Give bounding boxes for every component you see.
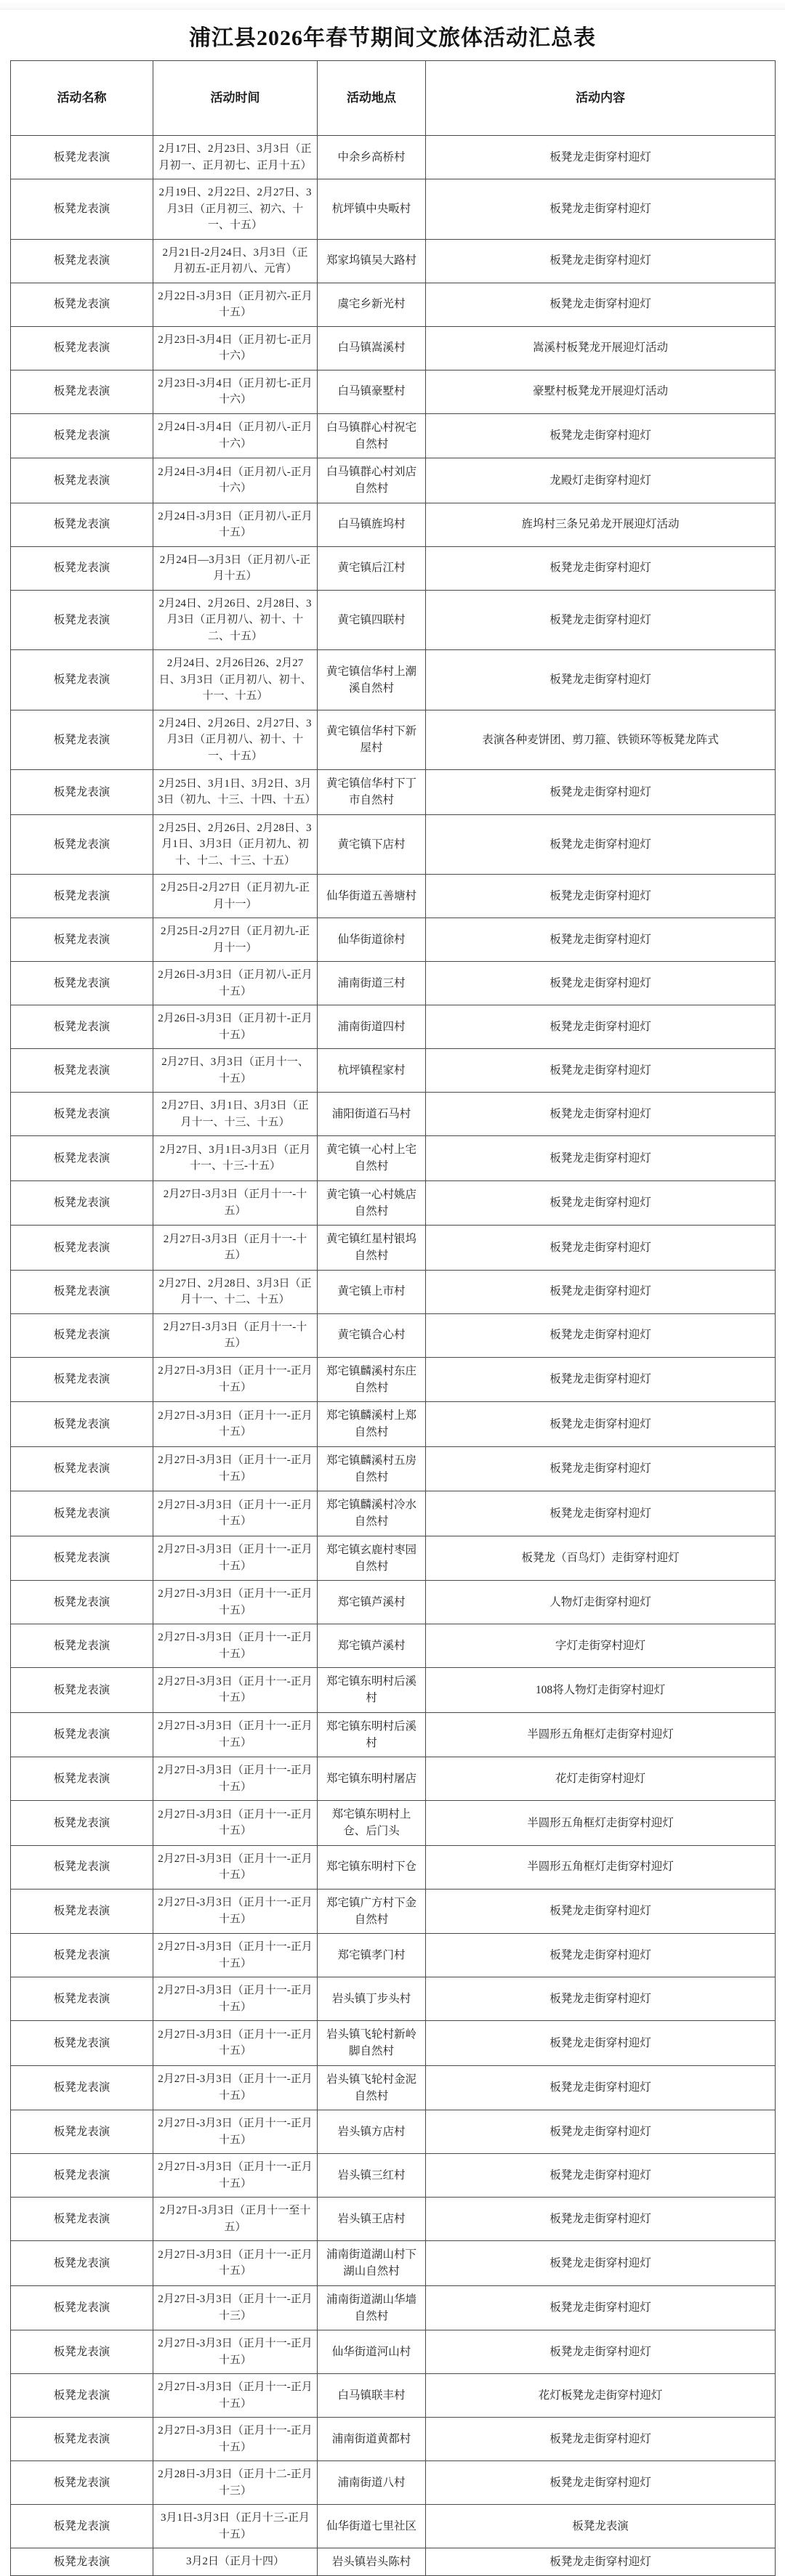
activity-name-cell: 板凳龙表演 — [11, 1668, 153, 1713]
activity-time-cell: 2月24日、2月26日26、2月27日、3月3日（正月初八、初十、十一、十五） — [153, 650, 318, 710]
activity-content-cell: 板凳龙走街穿村迎灯 — [426, 239, 776, 283]
activity-content-cell: 板凳龙走街穿村迎灯 — [426, 136, 776, 179]
table-row: 板凳龙表演2月26日-3月3日（正月初十-正月十五）浦南街道四村板凳龙走街穿村迎… — [11, 1005, 776, 1049]
activity-location-cell: 岩头镇王店村 — [318, 2198, 426, 2241]
activity-time-cell: 2月23日-3月4日（正月初七-正月十六） — [153, 326, 318, 370]
activity-name-cell: 板凳龙表演 — [11, 1180, 153, 1226]
activity-name-cell: 板凳龙表演 — [11, 413, 153, 458]
activity-content-cell: 板凳龙走街穿村迎灯 — [426, 1977, 776, 2021]
table-row: 板凳龙表演2月27日-3月3日（正月十一-正月十五）郑宅镇东明村上仓、后门头半圆… — [11, 1801, 776, 1846]
header-activity-name: 活动名称 — [11, 61, 153, 136]
activity-content-cell: 板凳龙走街穿村迎灯 — [426, 1357, 776, 1402]
activity-name-cell: 板凳龙表演 — [11, 2461, 153, 2505]
activity-location-cell: 岩头镇方店村 — [318, 2110, 426, 2154]
activity-time-cell: 2月27日-3月3日（正月十一-正月十五） — [153, 1668, 318, 1713]
table-row: 板凳龙表演2月25日-2月27日（正月初九-正月十一）仙华街道徐村板凳龙走街穿村… — [11, 918, 776, 962]
activity-time-cell: 2月27日-3月3日（正月十一-十五） — [153, 1313, 318, 1357]
activity-content-cell: 板凳龙走街穿村迎灯 — [426, 2330, 776, 2374]
activity-location-cell: 郑宅镇东明村屠店 — [318, 1757, 426, 1801]
table-row: 板凳龙表演2月27日-3月3日（正月十一-正月十五）仙华街道河山村板凳龙走街穿村… — [11, 2330, 776, 2374]
activity-time-cell: 2月27日-3月3日（正月十一-正月十五） — [153, 2330, 318, 2374]
activity-content-cell: 板凳龙走街穿村迎灯 — [426, 1136, 776, 1181]
activity-content-cell: 板凳龙走街穿村迎灯 — [426, 1005, 776, 1049]
activity-content-cell: 板凳龙（百鸟灯）走街穿村迎灯 — [426, 1536, 776, 1581]
activity-content-cell: 板凳龙走街穿村迎灯 — [426, 1049, 776, 1093]
activity-name-cell: 板凳龙表演 — [11, 136, 153, 179]
activity-location-cell: 白马镇嵩溪村 — [318, 326, 426, 370]
table-row: 板凳龙表演3月1日-3月3日（正月十三-正月十五）仙华街道七里社区板凳龙表演 — [11, 2505, 776, 2548]
activity-location-cell: 黄宅镇下店村 — [318, 814, 426, 875]
activity-location-cell: 郑宅镇麟溪村上郑自然村 — [318, 1402, 426, 1447]
activity-time-cell: 2月25日、2月26日、2月28日、3月1日、3月3日（正月初九、初十、十二、十… — [153, 814, 318, 875]
activity-summary-table: 活动名称 活动时间 活动地点 活动内容 板凳龙表演2月17日、2月23日、3月3… — [10, 60, 776, 2576]
activity-content-cell: 花灯走街穿村迎灯 — [426, 1757, 776, 1801]
table-body: 板凳龙表演2月17日、2月23日、3月3日（正月初一、正月初七、正月十五）中余乡… — [11, 136, 776, 2576]
activity-name-cell: 板凳龙表演 — [11, 2285, 153, 2330]
table-row: 板凳龙表演2月27日-3月3日（正月十一-正月十三）浦南街道湖山华墙自然村板凳龙… — [11, 2285, 776, 2330]
activity-time-cell: 2月27日-3月3日（正月十一-正月十三） — [153, 2285, 318, 2330]
activity-location-cell: 岩头镇飞轮村金泥自然村 — [318, 2065, 426, 2110]
activity-time-cell: 2月24日—3月3日（正月初八-正月十五） — [153, 546, 318, 590]
table-row: 板凳龙表演2月27日-3月3日（正月十一-十五）黄宅镇合心村板凳龙走街穿村迎灯 — [11, 1313, 776, 1357]
activity-location-cell: 郑宅镇芦溪村 — [318, 1624, 426, 1668]
activity-name-cell: 板凳龙表演 — [11, 1005, 153, 1049]
activity-time-cell: 2月25日-2月27日（正月初九-正月十一） — [153, 918, 318, 962]
activity-content-cell: 板凳龙走街穿村迎灯 — [426, 2285, 776, 2330]
activity-location-cell: 黄宅镇信华村下丁市自然村 — [318, 770, 426, 815]
activity-content-cell: 板凳龙走街穿村迎灯 — [426, 1446, 776, 1491]
activity-name-cell: 板凳龙表演 — [11, 2198, 153, 2241]
activity-time-cell: 2月24日、2月26日、2月27日、3月3日（正月初八、初十、十一、十五） — [153, 710, 318, 770]
activity-time-cell: 2月21日-2月24日、3月3日（正月初五-正月初八、元宵） — [153, 239, 318, 283]
activity-location-cell: 中余乡高桥村 — [318, 136, 426, 179]
activity-time-cell: 2月27日-3月3日（正月十一-正月十五） — [153, 1581, 318, 1624]
activity-time-cell: 2月27日-3月3日（正月十一-十五） — [153, 1226, 318, 1271]
activity-name-cell: 板凳龙表演 — [11, 1049, 153, 1093]
activity-name-cell: 板凳龙表演 — [11, 2154, 153, 2198]
activity-time-cell: 2月26日-3月3日（正月初八-正月十五） — [153, 962, 318, 1005]
activity-time-cell: 3月1日-3月3日（正月十三-正月十五） — [153, 2505, 318, 2548]
table-row: 板凳龙表演2月27日-3月3日（正月十一-十五）黄宅镇红星村银坞自然村板凳龙走街… — [11, 1226, 776, 1271]
activity-name-cell: 板凳龙表演 — [11, 1491, 153, 1536]
activity-name-cell: 板凳龙表演 — [11, 1536, 153, 1581]
table-row: 板凳龙表演2月24日-3月4日（正月初八-正月十六）白马镇群心村刘店自然村龙殿灯… — [11, 458, 776, 503]
activity-time-cell: 2月27日-3月3日（正月十一-正月十五） — [153, 1977, 318, 2021]
activity-time-cell: 2月27日-3月3日（正月十一-正月十五） — [153, 2241, 318, 2286]
table-row: 板凳龙表演2月24日、2月26日26、2月27日、3月3日（正月初八、初十、十一… — [11, 650, 776, 710]
activity-name-cell: 板凳龙表演 — [11, 1136, 153, 1181]
document-page: 浦江县2026年春节期间文旅体活动汇总表 活动名称 活动时间 活动地点 活动内容… — [0, 0, 785, 2576]
activity-time-cell: 2月27日、3月1日、3月3日（正月十一、十三、十五） — [153, 1093, 318, 1136]
activity-content-cell: 板凳龙走街穿村迎灯 — [426, 814, 776, 875]
activity-name-cell: 板凳龙表演 — [11, 814, 153, 875]
activity-name-cell: 板凳龙表演 — [11, 2374, 153, 2418]
activity-location-cell: 黄宅镇合心村 — [318, 1313, 426, 1357]
activity-name-cell: 板凳龙表演 — [11, 962, 153, 1005]
activity-location-cell: 郑宅镇广方村下金自然村 — [318, 1889, 426, 1934]
activity-content-cell: 板凳龙走街穿村迎灯 — [426, 1889, 776, 1934]
activity-name-cell: 板凳龙表演 — [11, 2241, 153, 2286]
activity-name-cell: 板凳龙表演 — [11, 590, 153, 650]
activity-location-cell: 郑宅镇麟溪村冷水自然村 — [318, 1491, 426, 1536]
activity-name-cell: 板凳龙表演 — [11, 1270, 153, 1313]
activity-location-cell: 黄宅镇后江村 — [318, 546, 426, 590]
activity-name-cell: 板凳龙表演 — [11, 770, 153, 815]
activity-name-cell: 板凳龙表演 — [11, 710, 153, 770]
activity-content-cell: 板凳龙走街穿村迎灯 — [426, 2241, 776, 2286]
activity-location-cell: 仙华街道七里社区 — [318, 2505, 426, 2548]
activity-name-cell: 板凳龙表演 — [11, 2021, 153, 2066]
activity-content-cell: 字灯走街穿村迎灯 — [426, 1624, 776, 1668]
table-row: 板凳龙表演2月27日-3月3日（正月十一-正月十五）岩头镇方店村板凳龙走街穿村迎… — [11, 2110, 776, 2154]
table-row: 板凳龙表演2月27日-3月3日（正月十一-正月十五）郑宅镇麟溪村东庄自然村板凳龙… — [11, 1357, 776, 1402]
activity-content-cell: 旌坞村三条兄弟龙开展迎灯活动 — [426, 503, 776, 546]
activity-content-cell: 板凳龙走街穿村迎灯 — [426, 1226, 776, 1271]
activity-time-cell: 2月27日、2月28日、3月3日（正月十一、十二、十五） — [153, 1270, 318, 1313]
activity-time-cell: 2月25日-2月27日（正月初九-正月十一） — [153, 875, 318, 918]
table-row: 板凳龙表演2月22日-3月3日（正月初六-正月十五）虞宅乡新光村板凳龙走街穿村迎… — [11, 283, 776, 326]
table-row: 板凳龙表演2月27日、3月3日（正月十一、十五）杭坪镇程家村板凳龙走街穿村迎灯 — [11, 1049, 776, 1093]
activity-location-cell: 白马镇旌坞村 — [318, 503, 426, 546]
table-row: 板凳龙表演2月27日、2月28日、3月3日（正月十一、十二、十五）黄宅镇上市村板… — [11, 1270, 776, 1313]
activity-time-cell: 2月27日-3月3日（正月十一-正月十五） — [153, 2374, 318, 2418]
activity-content-cell: 龙殿灯走街穿村迎灯 — [426, 458, 776, 503]
activity-content-cell: 板凳龙走街穿村迎灯 — [426, 1093, 776, 1136]
activity-location-cell: 岩头镇三红村 — [318, 2154, 426, 2198]
table-row: 板凳龙表演2月27日-3月3日（正月十一-正月十五）郑宅镇东明村下仓半圆形五角框… — [11, 1845, 776, 1889]
table-row: 板凳龙表演2月21日-2月24日、3月3日（正月初五-正月初八、元宵）郑家坞镇吴… — [11, 239, 776, 283]
activity-name-cell: 板凳龙表演 — [11, 503, 153, 546]
activity-name-cell: 板凳龙表演 — [11, 370, 153, 413]
activity-location-cell: 浦南街道三村 — [318, 962, 426, 1005]
activity-time-cell: 2月27日-3月3日（正月十一-正月十五） — [153, 1402, 318, 1447]
activity-content-cell: 板凳龙走街穿村迎灯 — [426, 1934, 776, 1977]
page-title: 浦江县2026年春节期间文旅体活动汇总表 — [0, 20, 785, 52]
table-row: 板凳龙表演2月25日、2月26日、2月28日、3月1日、3月3日（正月初九、初十… — [11, 814, 776, 875]
activity-content-cell: 板凳龙走街穿村迎灯 — [426, 962, 776, 1005]
activity-location-cell: 浦南街道八村 — [318, 2461, 426, 2505]
header-activity-time: 活动时间 — [153, 61, 318, 136]
table-row: 板凳龙表演2月27日、3月1日、3月3日（正月十一、十三、十五）浦阳街道石马村板… — [11, 1093, 776, 1136]
table-row: 板凳龙表演2月24日、2月26日、2月27日、3月3日（正月初八、初十、十一、十… — [11, 710, 776, 770]
activity-name-cell: 板凳龙表演 — [11, 2505, 153, 2548]
activity-location-cell: 黄宅镇一心村姚店自然村 — [318, 1180, 426, 1226]
activity-time-cell: 2月27日-3月3日（正月十一-正月十五） — [153, 2110, 318, 2154]
table-row: 板凳龙表演2月24日-3月4日（正月初八-正月十六）白马镇群心村祝宅自然村板凳龙… — [11, 413, 776, 458]
activity-name-cell: 板凳龙表演 — [11, 918, 153, 962]
activity-name-cell: 板凳龙表演 — [11, 1624, 153, 1668]
activity-time-cell: 2月27日-3月3日（正月十一-正月十五） — [153, 1712, 318, 1757]
activity-location-cell: 郑宅镇东明村上仓、后门头 — [318, 1801, 426, 1846]
activity-content-cell: 板凳龙走街穿村迎灯 — [426, 2154, 776, 2198]
activity-time-cell: 2月27日-3月3日（正月十一-正月十五） — [153, 2154, 318, 2198]
activity-location-cell: 岩头镇岩头陈村 — [318, 2548, 426, 2576]
activity-location-cell: 浦南街道四村 — [318, 1005, 426, 1049]
activity-content-cell: 板凳龙走街穿村迎灯 — [426, 1402, 776, 1447]
activity-content-cell: 嵩溪村板凳龙开展迎灯活动 — [426, 326, 776, 370]
activity-name-cell: 板凳龙表演 — [11, 650, 153, 710]
activity-content-cell: 板凳龙走街穿村迎灯 — [426, 875, 776, 918]
activity-time-cell: 2月17日、2月23日、3月3日（正月初一、正月初七、正月十五） — [153, 136, 318, 179]
activity-name-cell: 板凳龙表演 — [11, 1402, 153, 1447]
table-row: 板凳龙表演2月27日-3月3日（正月十一-正月十五）郑宅镇广方村下金自然村板凳龙… — [11, 1889, 776, 1934]
activity-content-cell: 板凳龙走街穿村迎灯 — [426, 179, 776, 240]
activity-content-cell: 板凳龙走街穿村迎灯 — [426, 2418, 776, 2461]
activity-name-cell: 板凳龙表演 — [11, 1313, 153, 1357]
activity-time-cell: 2月27日-3月3日（正月十一-正月十五） — [153, 2021, 318, 2066]
activity-name-cell: 板凳龙表演 — [11, 1757, 153, 1801]
activity-time-cell: 2月26日-3月3日（正月初十-正月十五） — [153, 1005, 318, 1049]
activity-location-cell: 黄宅镇一心村上宅自然村 — [318, 1136, 426, 1181]
table-row: 板凳龙表演2月28日-3月3日（正月十二-正月十三）浦南街道八村板凳龙走街穿村迎… — [11, 2461, 776, 2505]
activity-location-cell: 郑宅镇玄鹿村枣园自然村 — [318, 1536, 426, 1581]
table-row: 板凳龙表演2月23日-3月4日（正月初七-正月十六）白马镇嵩溪村嵩溪村板凳龙开展… — [11, 326, 776, 370]
table-row: 板凳龙表演2月19日、2月22日、2月27日、3月3日（正月初三、初六、十一、十… — [11, 179, 776, 240]
activity-location-cell: 浦阳街道石马村 — [318, 1093, 426, 1136]
table-row: 板凳龙表演2月23日-3月4日（正月初七-正月十六）白马镇豪墅村豪墅村板凳龙开展… — [11, 370, 776, 413]
activity-content-cell: 板凳龙走街穿村迎灯 — [426, 650, 776, 710]
activity-location-cell: 郑宅镇孝门村 — [318, 1934, 426, 1977]
activity-time-cell: 2月23日-3月4日（正月初七-正月十六） — [153, 370, 318, 413]
activity-location-cell: 仙华街道河山村 — [318, 2330, 426, 2374]
activity-location-cell: 白马镇群心村祝宅自然村 — [318, 413, 426, 458]
activity-location-cell: 岩头镇丁步头村 — [318, 1977, 426, 2021]
activity-location-cell: 郑宅镇东明村后溪村 — [318, 1712, 426, 1757]
table-row: 板凳龙表演2月27日-3月3日（正月十一-正月十五）岩头镇三红村板凳龙走街穿村迎… — [11, 2154, 776, 2198]
activity-name-cell: 板凳龙表演 — [11, 2418, 153, 2461]
activity-location-cell: 白马镇豪墅村 — [318, 370, 426, 413]
activity-name-cell: 板凳龙表演 — [11, 2548, 153, 2576]
activity-name-cell: 板凳龙表演 — [11, 1845, 153, 1889]
activity-content-cell: 半圆形五角框灯走街穿村迎灯 — [426, 1845, 776, 1889]
activity-location-cell: 黄宅镇四联村 — [318, 590, 426, 650]
activity-name-cell: 板凳龙表演 — [11, 2110, 153, 2154]
activity-name-cell: 板凳龙表演 — [11, 1093, 153, 1136]
activity-time-cell: 2月27日-3月3日（正月十一-十五） — [153, 1180, 318, 1226]
table-row: 板凳龙表演2月24日-3月3日（正月初八-正月十五）白马镇旌坞村旌坞村三条兄弟龙… — [11, 503, 776, 546]
activity-name-cell: 板凳龙表演 — [11, 1446, 153, 1491]
activity-time-cell: 2月24日-3月3日（正月初八-正月十五） — [153, 503, 318, 546]
activity-time-cell: 2月27日、3月3日（正月十一、十五） — [153, 1049, 318, 1093]
activity-location-cell: 仙华街道徐村 — [318, 918, 426, 962]
activity-time-cell: 2月27日-3月3日（正月十一-正月十五） — [153, 1536, 318, 1581]
activity-location-cell: 黄宅镇信华村上潮溪自然村 — [318, 650, 426, 710]
activity-time-cell: 2月27日-3月3日（正月十一-正月十五） — [153, 2065, 318, 2110]
activity-name-cell: 板凳龙表演 — [11, 1801, 153, 1846]
activity-time-cell: 2月27日-3月3日（正月十一-正月十五） — [153, 1889, 318, 1934]
table-row: 板凳龙表演2月27日-3月3日（正月十一至十五）岩头镇王店村板凳龙走街穿村迎灯 — [11, 2198, 776, 2241]
table-row: 板凳龙表演2月27日-3月3日（正月十一-正月十五）郑宅镇东明村后溪村108将人… — [11, 1668, 776, 1713]
activity-content-cell: 板凳龙走街穿村迎灯 — [426, 1270, 776, 1313]
activity-time-cell: 2月27日-3月3日（正月十一-正月十五） — [153, 1934, 318, 1977]
activity-content-cell: 板凳龙走街穿村迎灯 — [426, 2548, 776, 2576]
table-row: 板凳龙表演2月25日-2月27日（正月初九-正月十一）仙华街道五善塘村板凳龙走街… — [11, 875, 776, 918]
activity-time-cell: 2月27日-3月3日（正月十一-正月十五） — [153, 1757, 318, 1801]
activity-location-cell: 岩头镇飞轮村新岭脚自然村 — [318, 2021, 426, 2066]
activity-location-cell: 郑宅镇东明村下仓 — [318, 1845, 426, 1889]
activity-location-cell: 白马镇群心村刘店自然村 — [318, 458, 426, 503]
activity-name-cell: 板凳龙表演 — [11, 1889, 153, 1934]
activity-name-cell: 板凳龙表演 — [11, 2330, 153, 2374]
activity-time-cell: 2月27日-3月3日（正月十一-正月十五） — [153, 1845, 318, 1889]
table-row: 板凳龙表演2月25日、3月1日、3月2日、3月3日（初九、十三、十四、十五）黄宅… — [11, 770, 776, 815]
table-row: 板凳龙表演2月27日-3月3日（正月十一-正月十五）郑宅镇麟溪村冷水自然村板凳龙… — [11, 1491, 776, 1536]
table-row: 板凳龙表演2月27日-3月3日（正月十一-正月十五）郑宅镇芦溪村人物灯走街穿村迎… — [11, 1581, 776, 1624]
activity-content-cell: 豪墅村板凳龙开展迎灯活动 — [426, 370, 776, 413]
activity-name-cell: 板凳龙表演 — [11, 179, 153, 240]
activity-content-cell: 板凳龙走街穿村迎灯 — [426, 2110, 776, 2154]
table-row: 板凳龙表演2月26日-3月3日（正月初八-正月十五）浦南街道三村板凳龙走街穿村迎… — [11, 962, 776, 1005]
activity-content-cell: 板凳龙走街穿村迎灯 — [426, 413, 776, 458]
activity-content-cell: 花灯板凳龙走街穿村迎灯 — [426, 2374, 776, 2418]
table-row: 板凳龙表演2月27日-3月3日（正月十一-正月十五）郑宅镇麟溪村上郑自然村板凳龙… — [11, 1402, 776, 1447]
activity-content-cell: 人物灯走街穿村迎灯 — [426, 1581, 776, 1624]
activity-location-cell: 浦南街道湖山华墙自然村 — [318, 2285, 426, 2330]
table-row: 板凳龙表演2月27日-3月3日（正月十一-正月十五）郑宅镇麟溪村五房自然村板凳龙… — [11, 1446, 776, 1491]
table-row: 板凳龙表演2月27日-3月3日（正月十一-正月十五）岩头镇飞轮村新岭脚自然村板凳… — [11, 2021, 776, 2066]
activity-location-cell: 黄宅镇信华村下新屋村 — [318, 710, 426, 770]
activity-time-cell: 2月27日-3月3日（正月十一-正月十五） — [153, 2418, 318, 2461]
activity-content-cell: 表演各种麦饼团、剪刀箍、铁锁环等板凳龙阵式 — [426, 710, 776, 770]
activity-time-cell: 2月24日、2月26日、2月28日、3月3日（正月初八、初十、十二、十五） — [153, 590, 318, 650]
activity-location-cell: 杭坪镇中央畈村 — [318, 179, 426, 240]
activity-content-cell: 板凳龙走街穿村迎灯 — [426, 283, 776, 326]
activity-location-cell: 杭坪镇程家村 — [318, 1049, 426, 1093]
activity-name-cell: 板凳龙表演 — [11, 1712, 153, 1757]
table-row: 板凳龙表演2月24日、2月26日、2月28日、3月3日（正月初八、初十、十二、十… — [11, 590, 776, 650]
activity-name-cell: 板凳龙表演 — [11, 239, 153, 283]
table-row: 板凳龙表演2月27日-3月3日（正月十一-正月十五）郑宅镇玄鹿村枣园自然村板凳龙… — [11, 1536, 776, 1581]
activity-content-cell: 板凳龙走街穿村迎灯 — [426, 2461, 776, 2505]
activity-time-cell: 2月27日-3月3日（正月十一-正月十五） — [153, 1624, 318, 1668]
table-row: 板凳龙表演2月27日-3月3日（正月十一-十五）黄宅镇一心村姚店自然村板凳龙走街… — [11, 1180, 776, 1226]
table-row: 板凳龙表演2月27日-3月3日（正月十一-正月十五）郑宅镇芦溪村字灯走街穿村迎灯 — [11, 1624, 776, 1668]
table-row: 板凳龙表演2月27日-3月3日（正月十一-正月十五）郑宅镇孝门村板凳龙走街穿村迎… — [11, 1934, 776, 1977]
activity-content-cell: 板凳龙走街穿村迎灯 — [426, 2021, 776, 2066]
activity-time-cell: 2月27日-3月3日（正月十一-正月十五） — [153, 1801, 318, 1846]
activity-location-cell: 郑宅镇芦溪村 — [318, 1581, 426, 1624]
header-activity-location: 活动地点 — [318, 61, 426, 136]
activity-location-cell: 仙华街道五善塘村 — [318, 875, 426, 918]
header-activity-content: 活动内容 — [426, 61, 776, 136]
table-row: 板凳龙表演2月17日、2月23日、3月3日（正月初一、正月初七、正月十五）中余乡… — [11, 136, 776, 179]
activity-content-cell: 板凳龙走街穿村迎灯 — [426, 546, 776, 590]
activity-content-cell: 板凳龙表演 — [426, 2505, 776, 2548]
table-row: 板凳龙表演2月27日、3月1日-3月3日（正月十一、十三-十五）黄宅镇一心村上宅… — [11, 1136, 776, 1181]
table-row: 板凳龙表演2月27日-3月3日（正月十一-正月十五）岩头镇丁步头村板凳龙走街穿村… — [11, 1977, 776, 2021]
activity-location-cell: 黄宅镇红星村银坞自然村 — [318, 1226, 426, 1271]
table-row: 板凳龙表演2月24日—3月3日（正月初八-正月十五）黄宅镇后江村板凳龙走街穿村迎… — [11, 546, 776, 590]
activity-name-cell: 板凳龙表演 — [11, 283, 153, 326]
activity-time-cell: 2月19日、2月22日、2月27日、3月3日（正月初三、初六、十一、十五） — [153, 179, 318, 240]
activity-location-cell: 郑宅镇麟溪村东庄自然村 — [318, 1357, 426, 1402]
table-header-row: 活动名称 活动时间 活动地点 活动内容 — [11, 61, 776, 136]
activity-time-cell: 2月27日-3月3日（正月十一-正月十五） — [153, 1491, 318, 1536]
table-row: 板凳龙表演2月27日-3月3日（正月十一-正月十五）浦南街道黄都村板凳龙走街穿村… — [11, 2418, 776, 2461]
activity-time-cell: 2月24日-3月4日（正月初八-正月十六） — [153, 458, 318, 503]
activity-content-cell: 板凳龙走街穿村迎灯 — [426, 590, 776, 650]
activity-content-cell: 板凳龙走街穿村迎灯 — [426, 918, 776, 962]
activity-name-cell: 板凳龙表演 — [11, 875, 153, 918]
activity-time-cell: 2月27日、3月1日-3月3日（正月十一、十三-十五） — [153, 1136, 318, 1181]
activity-location-cell: 白马镇联丰村 — [318, 2374, 426, 2418]
activity-content-cell: 板凳龙走街穿村迎灯 — [426, 1313, 776, 1357]
activity-name-cell: 板凳龙表演 — [11, 2065, 153, 2110]
table-row: 板凳龙表演3月2日（正月十四）岩头镇岩头陈村板凳龙走街穿村迎灯 — [11, 2548, 776, 2576]
activity-time-cell: 2月22日-3月3日（正月初六-正月十五） — [153, 283, 318, 326]
activity-location-cell: 浦南街道湖山村下湖山自然村 — [318, 2241, 426, 2286]
activity-location-cell: 浦南街道黄都村 — [318, 2418, 426, 2461]
activity-name-cell: 板凳龙表演 — [11, 1357, 153, 1402]
activity-time-cell: 2月24日-3月4日（正月初八-正月十六） — [153, 413, 318, 458]
activity-location-cell: 虞宅乡新光村 — [318, 283, 426, 326]
activity-location-cell: 郑家坞镇吴大路村 — [318, 239, 426, 283]
activity-location-cell: 郑宅镇东明村后溪村 — [318, 1668, 426, 1713]
activity-content-cell: 板凳龙走街穿村迎灯 — [426, 1180, 776, 1226]
activity-content-cell: 板凳龙走街穿村迎灯 — [426, 770, 776, 815]
activity-name-cell: 板凳龙表演 — [11, 458, 153, 503]
activity-location-cell: 郑宅镇麟溪村五房自然村 — [318, 1446, 426, 1491]
activity-time-cell: 2月28日-3月3日（正月十二-正月十三） — [153, 2461, 318, 2505]
activity-name-cell: 板凳龙表演 — [11, 1226, 153, 1271]
activity-name-cell: 板凳龙表演 — [11, 1581, 153, 1624]
table-row: 板凳龙表演2月27日-3月3日（正月十一-正月十五）郑宅镇东明村屠店花灯走街穿村… — [11, 1757, 776, 1801]
page-top-strip — [0, 3, 785, 9]
activity-time-cell: 2月27日-3月3日（正月十一-正月十五） — [153, 1357, 318, 1402]
table-row: 板凳龙表演2月27日-3月3日（正月十一-正月十五）郑宅镇东明村后溪村半圆形五角… — [11, 1712, 776, 1757]
activity-time-cell: 2月25日、3月1日、3月2日、3月3日（初九、十三、十四、十五） — [153, 770, 318, 815]
activity-name-cell: 板凳龙表演 — [11, 1934, 153, 1977]
activity-location-cell: 黄宅镇上市村 — [318, 1270, 426, 1313]
activity-name-cell: 板凳龙表演 — [11, 1977, 153, 2021]
activity-content-cell: 板凳龙走街穿村迎灯 — [426, 2198, 776, 2241]
table-row: 板凳龙表演2月27日-3月3日（正月十一-正月十五）白马镇联丰村花灯板凳龙走街穿… — [11, 2374, 776, 2418]
activity-name-cell: 板凳龙表演 — [11, 326, 153, 370]
activity-content-cell: 板凳龙走街穿村迎灯 — [426, 2065, 776, 2110]
activity-content-cell: 板凳龙走街穿村迎灯 — [426, 1491, 776, 1536]
activity-time-cell: 3月2日（正月十四） — [153, 2548, 318, 2576]
activity-content-cell: 半圆形五角框灯走街穿村迎灯 — [426, 1801, 776, 1846]
table-row: 板凳龙表演2月27日-3月3日（正月十一-正月十五）岩头镇飞轮村金泥自然村板凳龙… — [11, 2065, 776, 2110]
activity-time-cell: 2月27日-3月3日（正月十一-正月十五） — [153, 1446, 318, 1491]
table-row: 板凳龙表演2月27日-3月3日（正月十一-正月十五）浦南街道湖山村下湖山自然村板… — [11, 2241, 776, 2286]
activity-time-cell: 2月27日-3月3日（正月十一至十五） — [153, 2198, 318, 2241]
activity-content-cell: 半圆形五角框灯走街穿村迎灯 — [426, 1712, 776, 1757]
activity-content-cell: 108将人物灯走街穿村迎灯 — [426, 1668, 776, 1713]
activity-name-cell: 板凳龙表演 — [11, 546, 153, 590]
